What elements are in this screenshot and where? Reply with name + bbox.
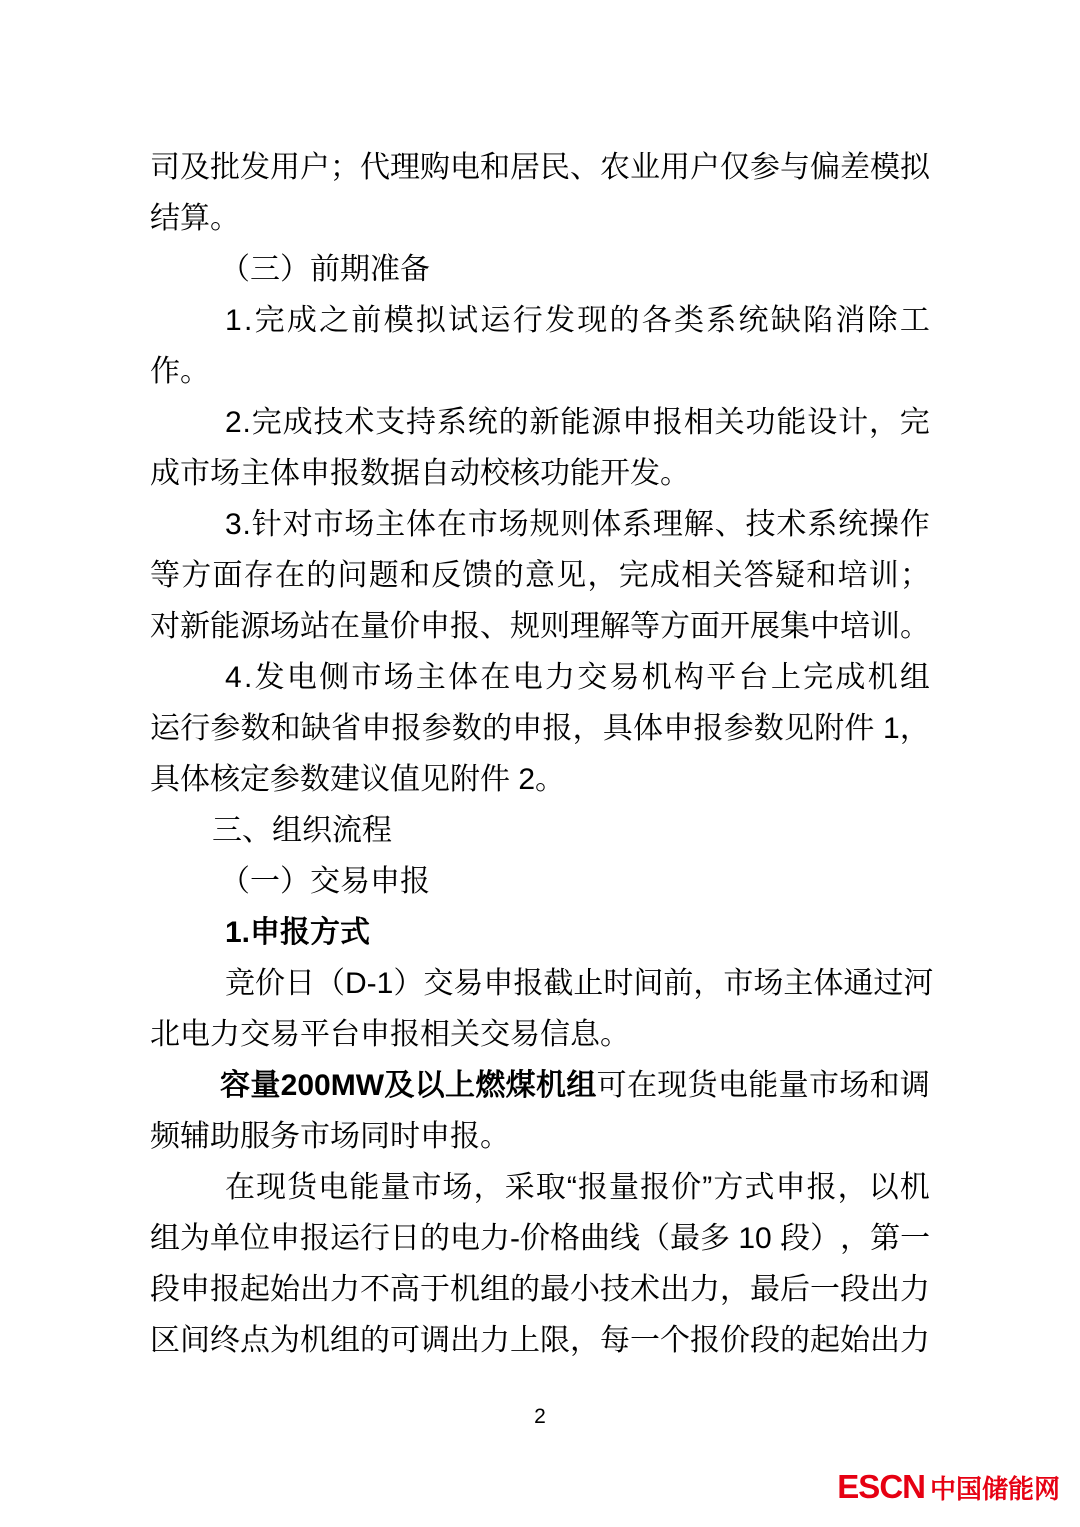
text-line: 作。: [150, 346, 930, 397]
document-body: 司及批发用户；代理购电和居民、农业用户仅参与偏差模拟结算。（三）前期准备1.完成…: [150, 142, 930, 1366]
text-line: 司及批发用户；代理购电和居民、农业用户仅参与偏差模拟: [150, 142, 930, 193]
document-page: 司及批发用户；代理购电和居民、农业用户仅参与偏差模拟结算。（三）前期准备1.完成…: [0, 0, 1080, 1527]
page-number: 2: [0, 1402, 1080, 1432]
text-line: 3.针对市场主体在市场规则体系理解、技术系统操作: [150, 499, 930, 550]
text-line: 具体核定参数建议值见附件 2。: [150, 754, 930, 805]
text-line: 对新能源场站在量价申报、规则理解等方面开展集中培训。: [150, 601, 930, 652]
text-line: 运行参数和缺省申报参数的申报，具体申报参数见附件 1，: [150, 703, 930, 754]
text-line: 北电力交易平台申报相关交易信息。: [150, 1009, 930, 1060]
text-line: 1.完成之前模拟试运行发现的各类系统缺陷消除工: [150, 295, 930, 346]
escn-logo: ESCN 中国储能网: [837, 1468, 1060, 1506]
text-line: 三、组织流程: [150, 805, 930, 856]
text-line: （一）交易申报: [150, 856, 930, 907]
text-line: 4.发电侧市场主体在电力交易机构平台上完成机组: [150, 652, 930, 703]
text-line: （三）前期准备: [150, 244, 930, 295]
text-line: 段申报起始出力不高于机组的最小技术出力，最后一段出力: [150, 1264, 930, 1315]
text-line: 结算。: [150, 193, 930, 244]
text-line: 成市场主体申报数据自动校核功能开发。: [150, 448, 930, 499]
escn-logo-latin: ESCN: [837, 1468, 925, 1506]
text-line: 在现货电能量市场，采取“报量报价”方式申报，以机: [150, 1162, 930, 1213]
text-line: 组为单位申报运行日的电力-价格曲线（最多 10 段），第一: [150, 1213, 930, 1264]
text-line: 1.申报方式: [150, 907, 930, 958]
text-line: 频辅助服务市场同时申报。: [150, 1111, 930, 1162]
escn-logo-chinese: 中国储能网: [930, 1469, 1060, 1506]
text-line: 等方面存在的问题和反馈的意见，完成相关答疑和培训；: [150, 550, 930, 601]
text-line: 2.完成技术支持系统的新能源申报相关功能设计，完: [150, 397, 930, 448]
text-line: 区间终点为机组的可调出力上限，每一个报价段的起始出力: [150, 1315, 930, 1366]
text-line: 容量200MW及以上燃煤机组可在现货电能量市场和调: [150, 1060, 930, 1111]
text-line: 竞价日（D-1）交易申报截止时间前，市场主体通过河: [150, 958, 930, 1009]
